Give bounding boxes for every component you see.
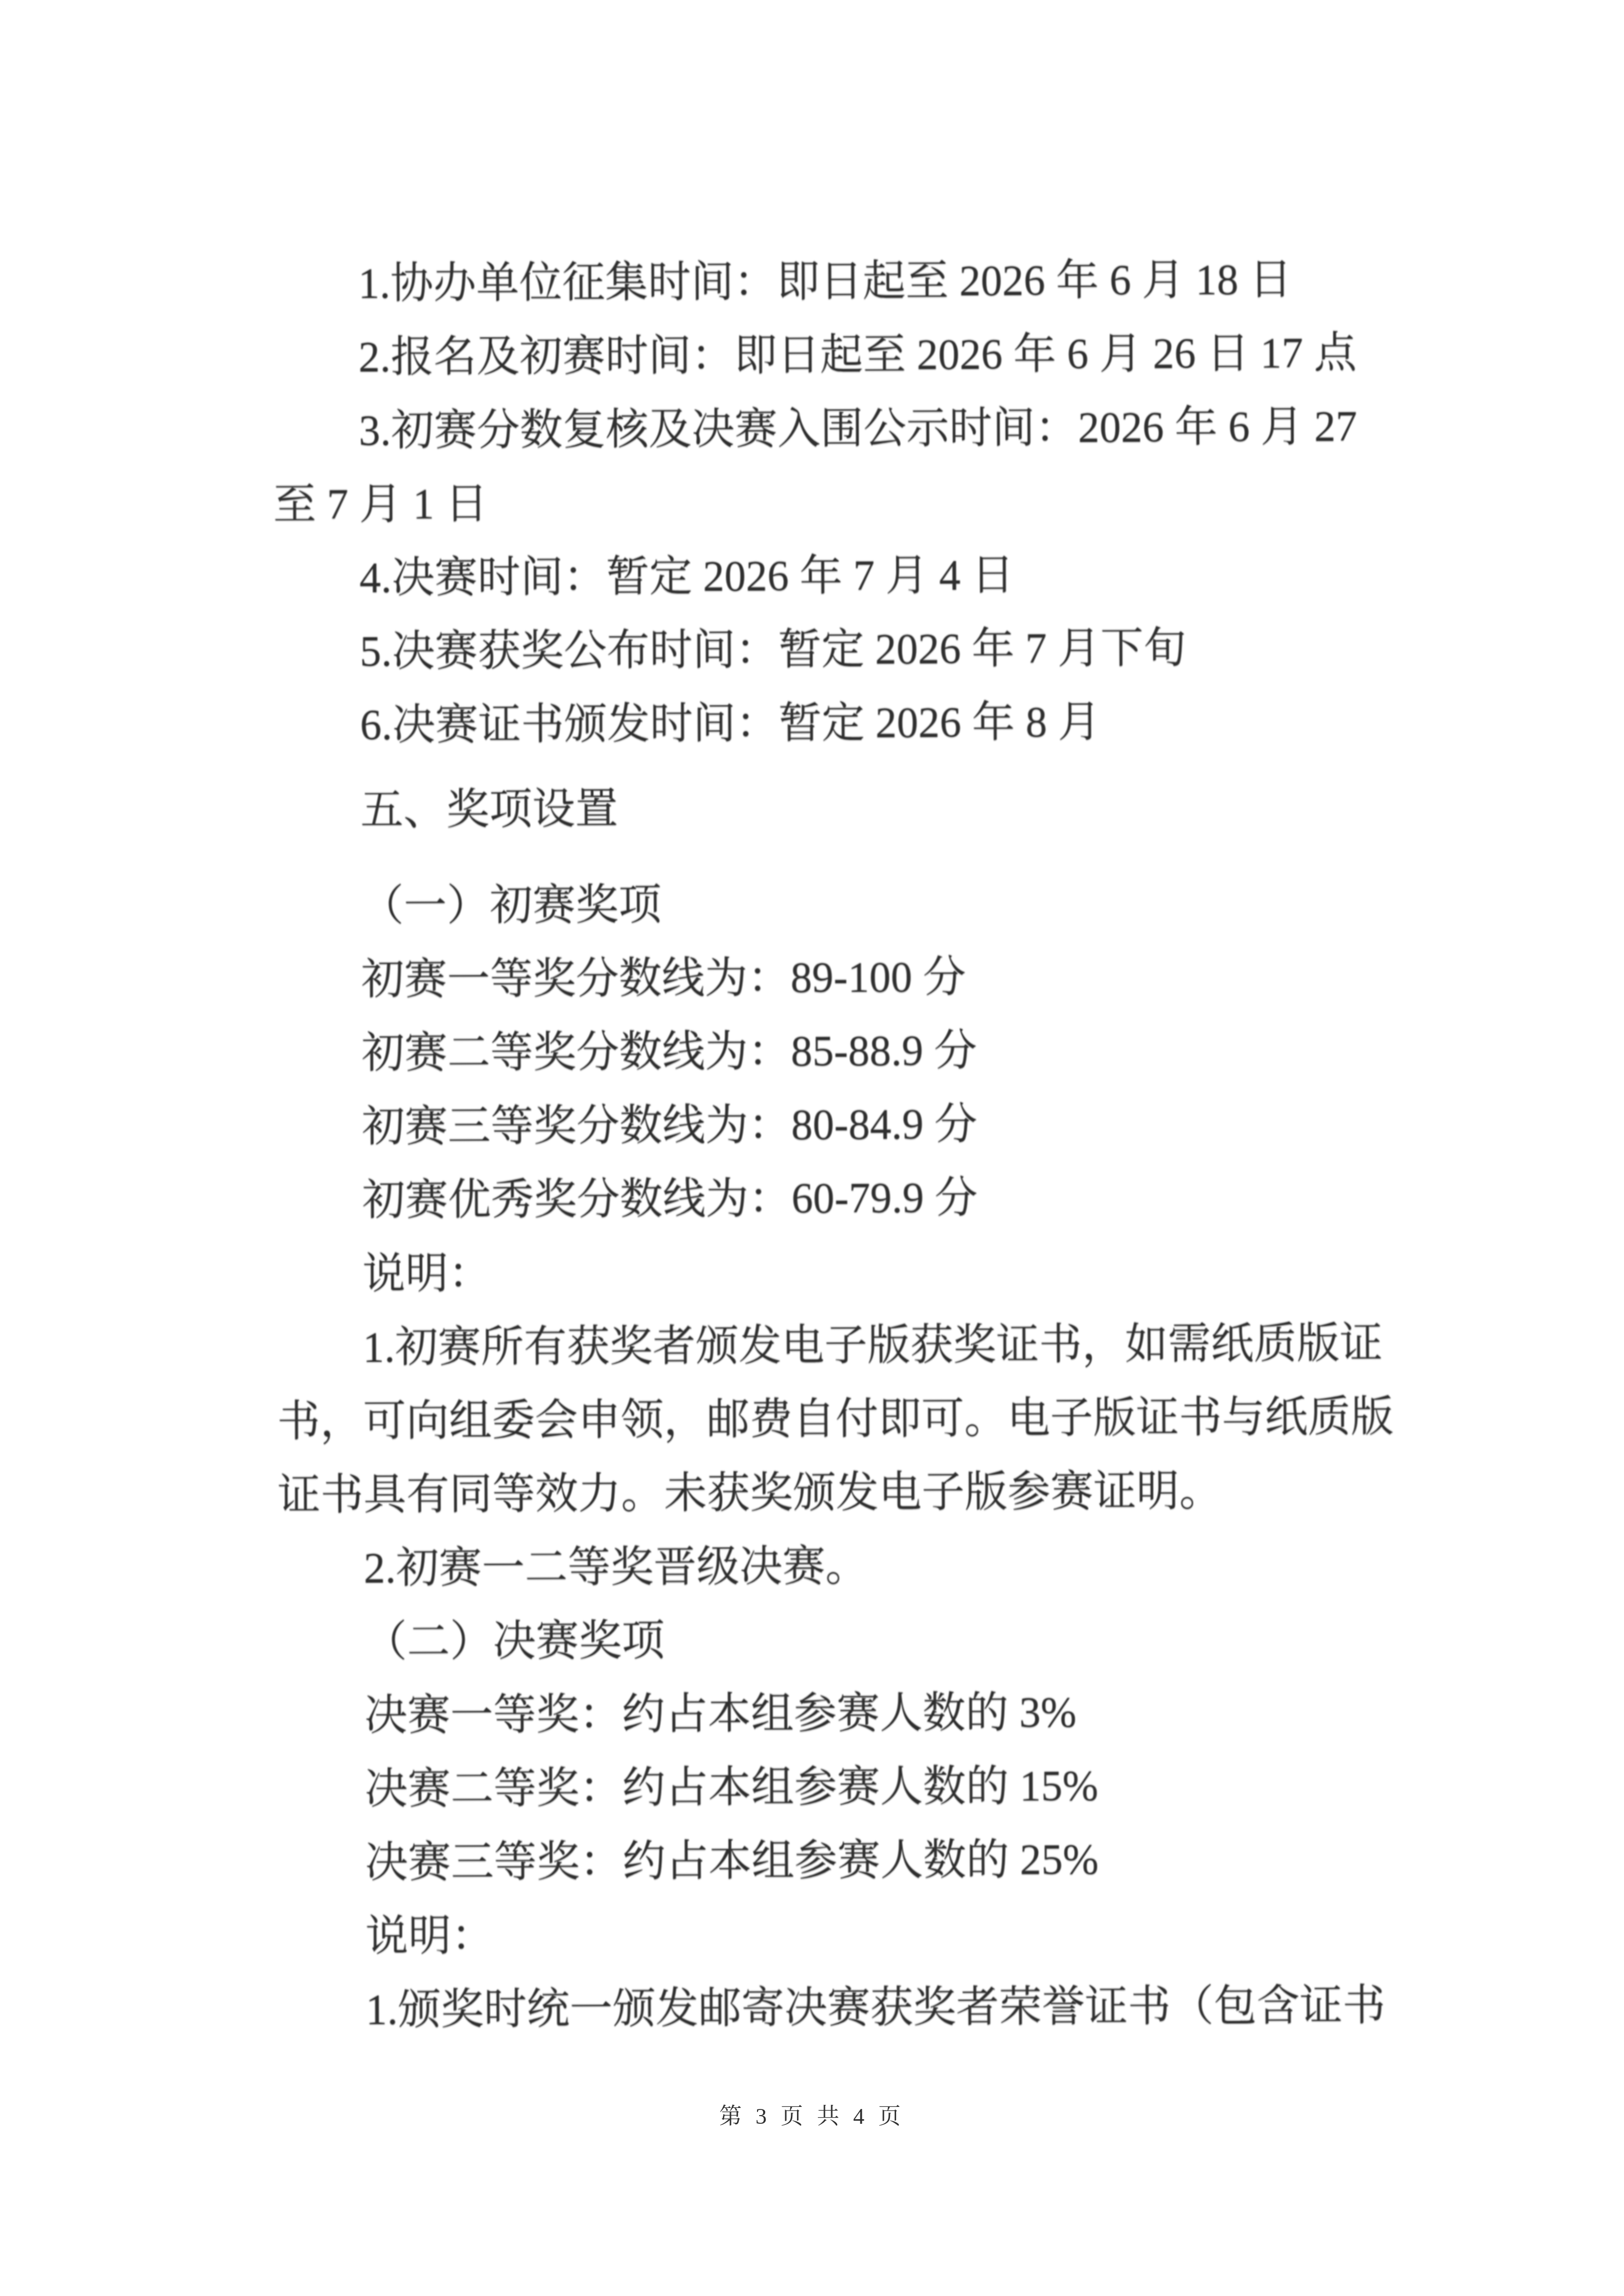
text-line-prelim-excellence-prize: 初赛优秀奖分数线为：60-79.9 分 bbox=[276, 1159, 1411, 1238]
text-line-prelim-note-1-cont-b: 证书具有同等效力。未获奖颁发电子版参赛证明。 bbox=[278, 1454, 1413, 1533]
text-line-notes-label-2: 说明： bbox=[279, 1895, 1414, 1974]
document-page: 1.协办单位征集时间：即日起至 2026 年 6 月 18 日 2.报名及初赛时… bbox=[0, 0, 1624, 2296]
text-line-final-third-prize: 决赛三等奖：约占本组参赛人数的 25% bbox=[279, 1822, 1414, 1900]
text-line-prelim-first-prize: 初赛一等奖分数线为：89-100 分 bbox=[275, 939, 1410, 1017]
text-line-notes-label-1: 说明： bbox=[277, 1233, 1412, 1312]
text-line-schedule-item-3-cont: 至 7 月 1 日 bbox=[273, 463, 1408, 542]
text-line-final-first-prize: 决赛一等奖：约占本组参赛人数的 3% bbox=[279, 1675, 1414, 1753]
text-line-final-second-prize: 决赛二等奖：约占本组参赛人数的 15% bbox=[279, 1748, 1414, 1827]
text-line-prelim-second-prize: 初赛二等奖分数线为：85-88.9 分 bbox=[276, 1012, 1411, 1091]
text-line-schedule-item-6: 6.决赛证书颁发时间：暂定 2026 年 8 月 bbox=[274, 684, 1409, 763]
subsection-heading-final: （二）决赛奖项 bbox=[278, 1601, 1413, 1680]
text-line-prelim-note-1: 1.初赛所有获奖者颁发电子版获奖证书，如需纸质版证 bbox=[277, 1307, 1412, 1385]
text-line-prelim-third-prize: 初赛三等奖分数线为：80-84.9 分 bbox=[276, 1086, 1411, 1165]
text-line-prelim-note-2: 2.初赛一二等奖晋级决赛。 bbox=[278, 1527, 1413, 1606]
text-line-schedule-item-1: 1.协办单位征集时间：即日起至 2026 年 6 月 18 日 bbox=[272, 243, 1407, 321]
text-line-schedule-item-3: 3.初赛分数复核及决赛入围公示时间：2026 年 6 月 27 bbox=[273, 390, 1408, 469]
text-line-final-note-1: 1.颁奖时统一颁发邮寄决赛获奖者荣誉证书（包含证书 bbox=[280, 1969, 1415, 2048]
document-body: 1.协办单位征集时间：即日起至 2026 年 6 月 18 日 2.报名及初赛时… bbox=[272, 243, 1414, 2048]
text-line-schedule-item-4: 4.决赛时间：暂定 2026 年 7 月 4 日 bbox=[273, 537, 1409, 616]
text-line-schedule-item-2: 2.报名及初赛时间：即日起至 2026 年 6 月 26 日 17 点 bbox=[272, 316, 1408, 395]
text-line-prelim-note-1-cont-a: 书，可向组委会申领，邮费自付即可。电子版证书与纸质版 bbox=[277, 1380, 1412, 1459]
subsection-heading-preliminary: （一）初赛奖项 bbox=[275, 865, 1410, 944]
page-number: 第 3 页 共 4 页 bbox=[0, 2098, 1624, 2135]
text-line-schedule-item-5: 5.决赛获奖公布时间：暂定 2026 年 7 月下旬 bbox=[273, 611, 1409, 689]
section-heading-awards: 五、奖项设置 bbox=[275, 769, 1410, 848]
